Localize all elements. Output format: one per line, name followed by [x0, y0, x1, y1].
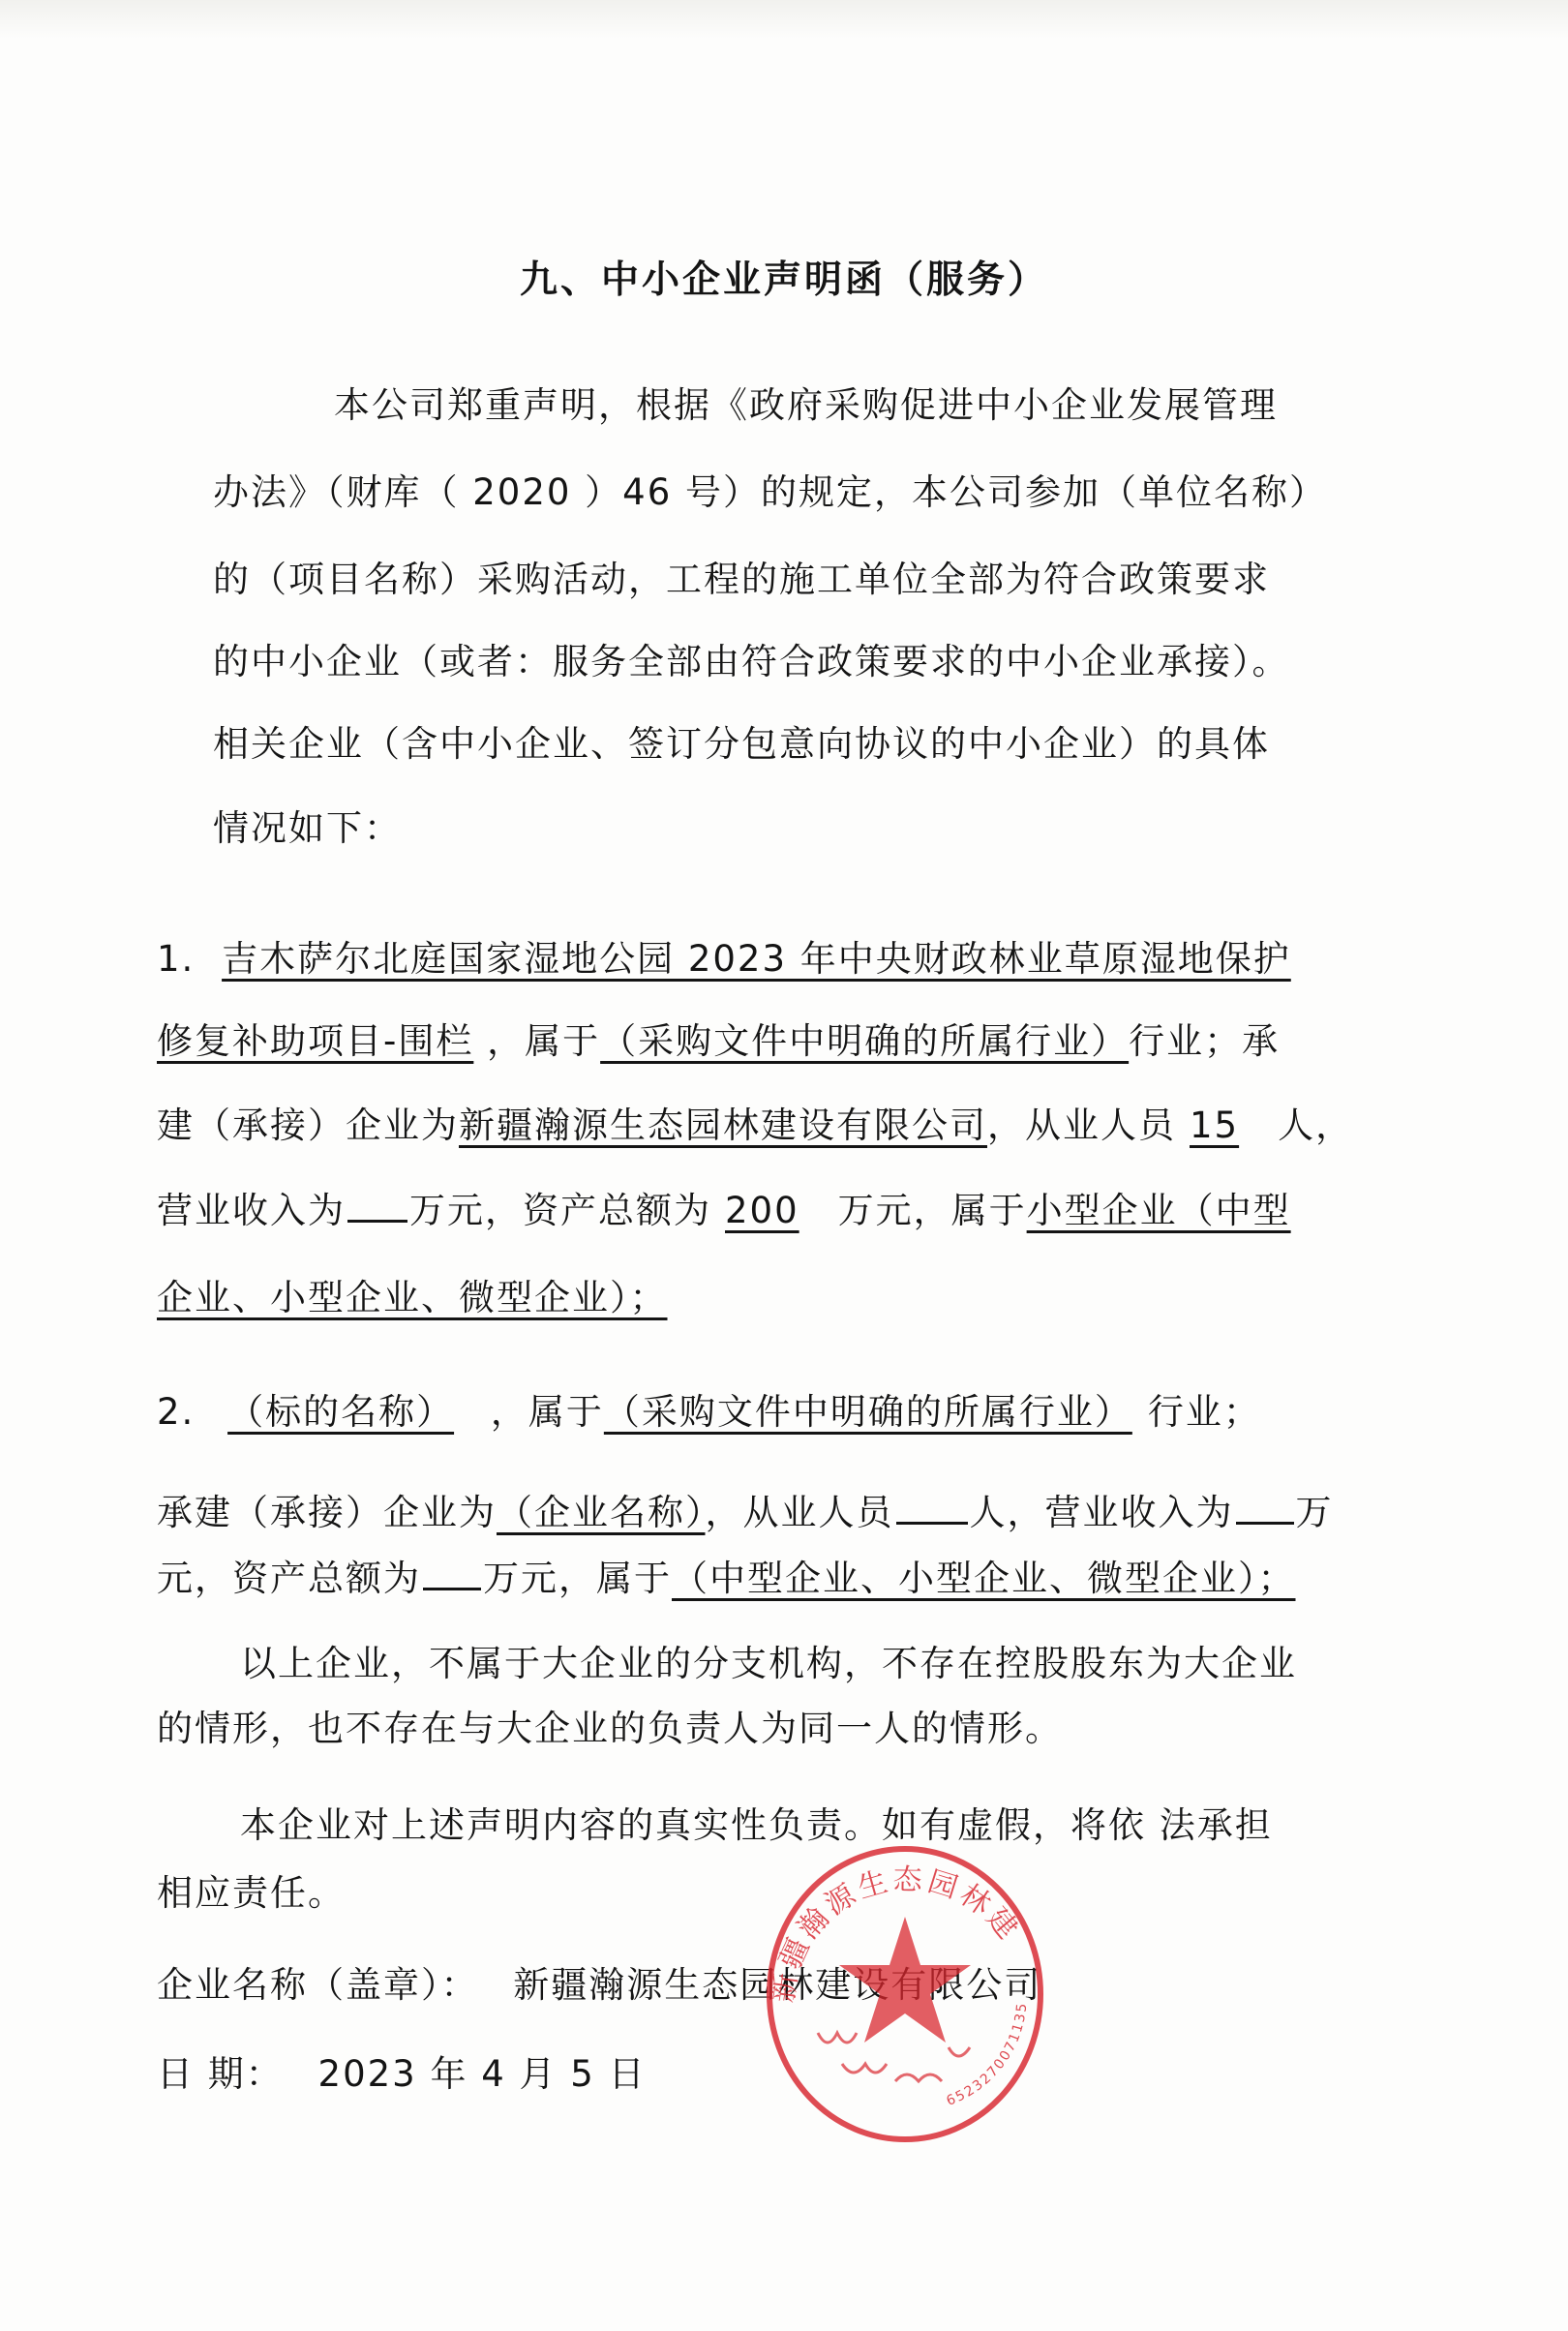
item2-assets-blank [423, 1559, 481, 1590]
item1-assets-value: 200 [711, 1190, 838, 1231]
item2-revenue-label: 人，营业收入为 [970, 1492, 1234, 1533]
item1-size-value-cont: 企业、小型企业、微型企业）； [157, 1277, 697, 1318]
statement2-line-1: 本企业对上述声明内容的真实性负责。如有虚假，将依 法承担 [240, 1796, 1273, 1848]
intro-line-1: 本公司郑重声明，根据《政府采购促进中小企业发展管理 [334, 376, 1278, 428]
scan-edge [0, 0, 1568, 39]
item1-industry: （采购文件中明确的所属行业） [600, 1020, 1129, 1062]
item1-line-5: 企业、小型企业、微型企业）； [157, 1268, 697, 1320]
item1-size-value: 小型企业（中型 [1027, 1190, 1291, 1231]
item1-line-4: 营业收入为万元，资产总额为200万元，属于小型企业（中型 [157, 1181, 1291, 1233]
item2-contractor-label: 承建（承接）企业为 [157, 1492, 497, 1533]
item1-employees-unit: 人， [1278, 1105, 1353, 1146]
document-page: 九、中小企业声明函（服务） 本公司郑重声明，根据《政府采购促进中小企业发展管理 … [0, 0, 1568, 2331]
document-title: 九、中小企业声明函（服务） [0, 250, 1568, 304]
item1-project-name-cont: 修复补助项目-围栏 [157, 1020, 473, 1062]
item2-belongs-label: ，属于 [491, 1391, 604, 1433]
item2-company: （企业名称） [497, 1492, 706, 1533]
intro-line-5: 相关企业（含中小企业、签订分包意向协议的中小企业）的具体 [213, 714, 1270, 767]
item1-employees-label: ，从业人员 [987, 1105, 1176, 1146]
intro-line-3: 的（项目名称）采购活动，工程的施工单位全部为符合政策要求 [213, 550, 1270, 602]
item1-assets-label: 万元，资产总额为 [409, 1190, 711, 1231]
item2-employees-label: ，从业人员 [706, 1492, 894, 1533]
item2-employees-blank [896, 1493, 968, 1525]
item1-industry-suffix: 行业；承 [1129, 1020, 1280, 1062]
intro-line-6: 情况如下： [213, 799, 402, 851]
statement2-line-2: 相应责任。 [157, 1863, 346, 1916]
item2-revenue-blank [1236, 1493, 1294, 1525]
item1-size-label: 万元，属于 [838, 1190, 1027, 1231]
item1-revenue-label: 营业收入为 [157, 1190, 346, 1231]
statement1-line-2: 的情形，也不存在与大企业的负责人为同一人的情形。 [157, 1699, 1063, 1751]
item1-number: 1. [157, 938, 195, 980]
company-value: 新疆瀚源生态园林建设有限公司 [492, 1964, 1041, 2006]
item2-revenue-unit: 万 [1296, 1492, 1334, 1533]
item1-contractor-label: 建（承接）企业为 [157, 1105, 459, 1146]
item1-employees-value: 15 [1176, 1105, 1278, 1146]
date-label: 日 期： [157, 2053, 284, 2095]
item1-line-3: 建（承接）企业为新疆瀚源生态园林建设有限公司，从业人员15人， [157, 1096, 1353, 1148]
signature-company-line: 企业名称（盖章）： 新疆瀚源生态园林建设有限公司 [157, 1955, 1041, 2008]
item1-company: 新疆瀚源生态园林建设有限公司 [459, 1105, 987, 1146]
item1-revenue-blank [347, 1191, 407, 1223]
item2-industry-suffix: 行业； [1148, 1391, 1261, 1433]
seal-code: 6523270071135 [945, 2001, 1031, 2109]
signature-date-line: 日 期： 2023 年 4 月 5 日 [157, 2044, 647, 2097]
svg-text:6523270071135: 6523270071135 [945, 2001, 1031, 2109]
item2-industry: （采购文件中明确的所属行业） [604, 1391, 1148, 1433]
item1-project-name: 吉木萨尔北庭国家湿地公园 2023 年中央财政林业草原湿地保护 [208, 938, 1291, 980]
item1-line-2: 修复补助项目-围栏 ，属于（采购文件中明确的所属行业）行业；承 [157, 1012, 1280, 1064]
intro-line-2: 办法》（财库（ 2020 ）46 号）的规定，本公司参加（单位名称） [213, 463, 1327, 515]
item1-belongs-label: ，属于 [487, 1020, 600, 1062]
statement1-line-1: 以上企业，不属于大企业的分支机构，不存在控股股东为大企业 [240, 1634, 1297, 1686]
item2-line-1: 2. （标的名称） ，属于（采购文件中明确的所属行业）行业； [157, 1382, 1261, 1435]
item2-number: 2. [157, 1391, 195, 1433]
item1-line-1: 1. 吉木萨尔北庭国家湿地公园 2023 年中央财政林业草原湿地保护 [157, 929, 1291, 982]
date-value: 2023 年 4 月 5 日 [297, 2053, 647, 2095]
company-label: 企业名称（盖章）： [157, 1964, 479, 2006]
item2-subject: （标的名称） [208, 1391, 477, 1433]
item2-line-2: 承建（承接）企业为（企业名称），从业人员人，营业收入为万 [157, 1483, 1334, 1535]
item2-line-3: 元，资产总额为万元，属于（中型企业、小型企业、微型企业）； [157, 1549, 1296, 1601]
item2-assets-label: 元，资产总额为 [157, 1558, 421, 1599]
item2-size-value: （中型企业、小型企业、微型企业）； [672, 1558, 1296, 1599]
item2-size-label: 万元，属于 [483, 1558, 672, 1599]
intro-line-4: 的中小企业（或者：服务全部由符合政策要求的中小企业承接）。 [213, 632, 1290, 684]
